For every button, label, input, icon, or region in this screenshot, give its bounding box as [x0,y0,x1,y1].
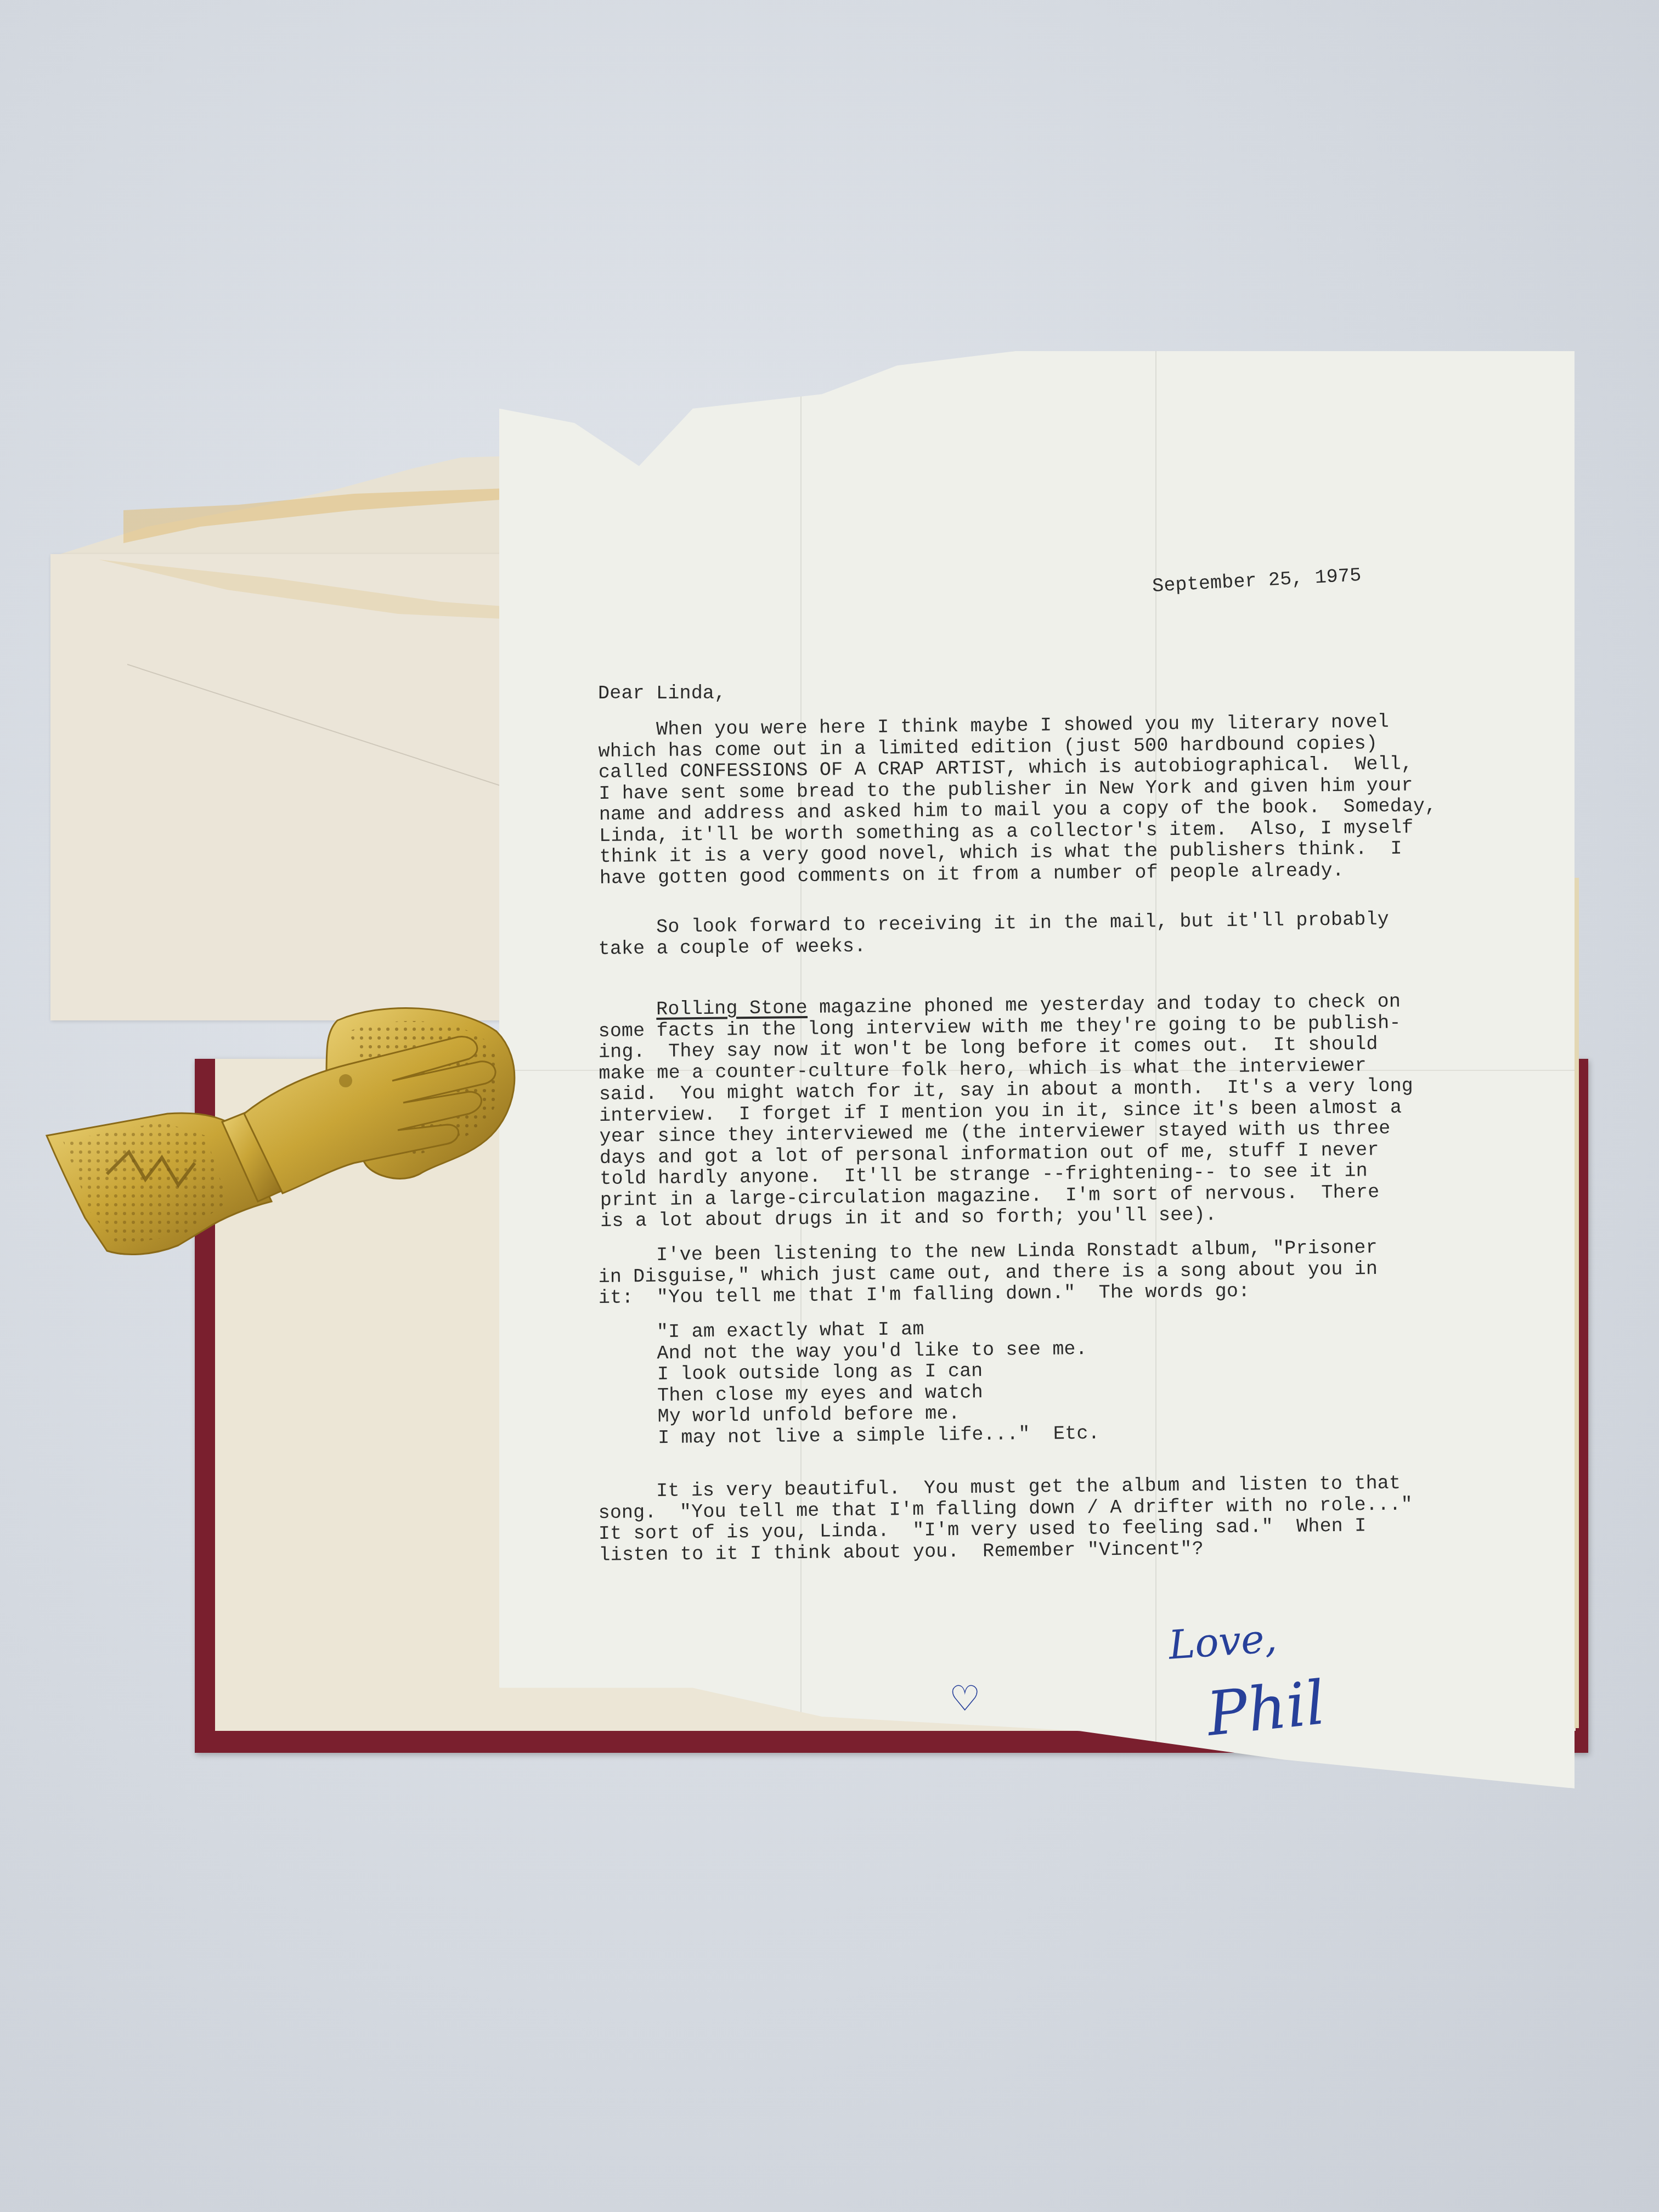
heart-doodle-icon: ♡ [949,1679,980,1719]
brass-hand-clip [41,998,535,1410]
underlined-magazine-title: Rolling Stone [656,997,808,1020]
letter-paragraph: When you were here I think maybe I showe… [598,711,1437,889]
letter-paragraph: So look forward to receiving it in the m… [598,909,1390,960]
letter-salutation: Dear Linda, [598,683,726,704]
letter-paragraph: It is very beautiful. You must get the a… [598,1472,1413,1566]
letter-paragraph: I've been listening to the new Linda Ron… [598,1237,1378,1308]
ring-ornament [339,1074,352,1087]
handwritten-signature: Phil [1204,1667,1328,1750]
paragraph-text: magazine phoned me yesterday and today t… [598,991,1413,1232]
song-lyrics-quote: "I am exactly what I am And not the way … [657,1317,1100,1448]
handwritten-closing: Love, [1167,1615,1278,1668]
letter-paragraph: Rolling Stone magazine phoned me yesterd… [598,991,1415,1232]
